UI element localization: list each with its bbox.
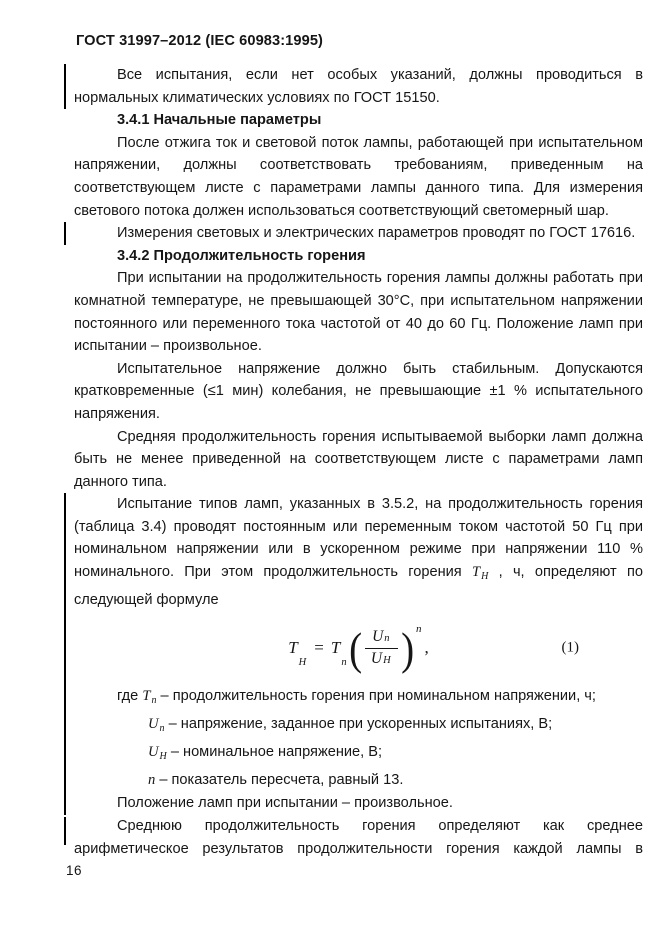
text-run: – номинальное напряжение, В; [167,744,382,760]
text-run: – продолжительность горения при номиналь… [156,688,595,704]
fraction-numerator: Uп [365,627,397,649]
paragraph: Средняя продолжительность горения испыты… [74,426,643,494]
text-run: – показатель пересчета, равный 13. [155,772,403,788]
formula-expression: ТН=Тп(UпUН)n, [288,627,429,670]
definition-item: n – показатель пересчета, равный 13. [74,769,643,793]
text-run: – напряжение, заданное при ускоренных ис… [165,716,553,732]
definition-item: где Тп – продолжительность горения при н… [74,685,643,713]
text-run: где [117,688,142,704]
paragraph: Измерения световых и электрических парам… [74,222,643,245]
paragraph: При испытании на продолжительность горен… [74,267,643,357]
formula-rhs: Т [331,638,340,658]
formula-rhs-subscript: п [341,657,346,668]
document-page: { "page": { "header": "ГОСТ 31997–2012 (… [0,0,661,935]
formula-exponent: n [416,623,422,635]
formula-variable: Т [142,688,150,704]
numerator-subscript: п [384,633,389,644]
formula-variable: Н [160,751,167,762]
paragraph: Испытание типов ламп, указанных в 3.5.2,… [74,493,643,611]
formula-variable: U [148,744,159,760]
denominator-base: U [371,650,382,668]
section-heading: 3.4.1 Начальные параметры [74,109,643,132]
open-paren: ( [349,628,362,669]
paragraph: Положение ламп при испытании – произволь… [74,792,643,815]
definition-item: UН – номинальное напряжение, В; [74,741,643,769]
denominator-subscript: Н [383,655,391,666]
paragraph: После отжига ток и световой поток лампы,… [74,132,643,222]
numerator-base: U [372,628,383,646]
formula-comma: , [425,638,429,658]
close-paren: ) [401,628,414,669]
fraction-denominator: UН [364,649,399,670]
document-body: Все испытания, если нет особых указаний,… [74,64,643,860]
formula-lhs: Т [288,638,297,658]
page-number: 16 [66,863,82,878]
fraction: UпUН [364,627,399,670]
formula-lhs-subscript: Н [299,657,307,668]
document-header: ГОСТ 31997–2012 (IEC 60983:1995) [76,33,323,49]
paragraph: Испытательное напряжение должно быть ста… [74,358,643,426]
formula-1: ТН=Тп(UпUН)n, (1) [74,611,643,685]
paragraph: Все испытания, если нет особых указаний,… [74,64,643,109]
formula-variable: U [148,716,159,732]
formula-variable: Т [472,564,480,580]
definition-item: Uп – напряжение, заданное при ускоренных… [74,713,643,741]
equation-number: (1) [562,640,580,657]
paragraph: Среднюю продолжительность горения опреде… [74,815,643,860]
equals-sign: = [314,638,324,658]
section-heading: 3.4.2 Продолжительность горения [74,245,643,268]
